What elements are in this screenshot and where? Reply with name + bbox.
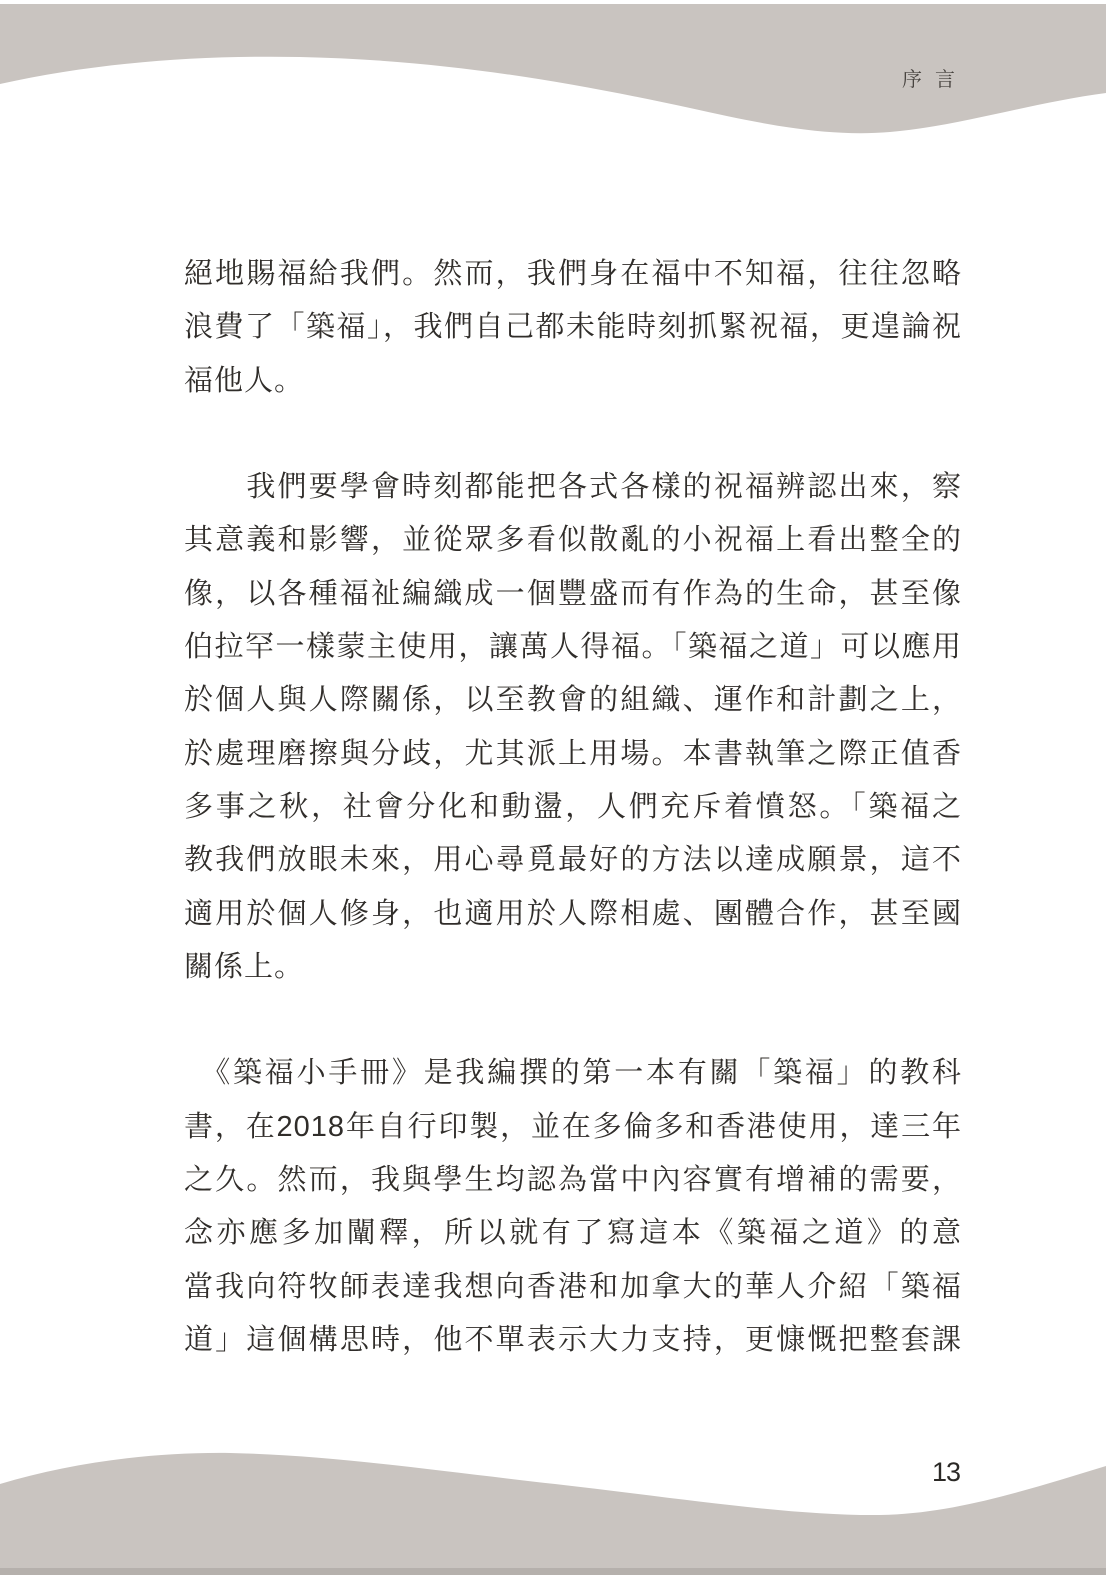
text-line: 關係上。 bbox=[184, 941, 962, 994]
text-line: 於處理磨擦與分歧，尤其派上用場。本書執筆之際正值香港 bbox=[184, 728, 962, 781]
text-line: 之久。然而，我與學生均認為當中內容實有增補的需要，觀 bbox=[184, 1154, 962, 1207]
bottom-edge-strip bbox=[0, 1568, 1106, 1575]
text-line: 多事之秋，社會分化和動盪，人們充斥着憤怒。「築福之道」 bbox=[184, 781, 962, 834]
paragraph: 《築福小手冊》是我編撰的第一本有關「築福」的教科書，在2018年自行印製，並在多… bbox=[184, 1047, 962, 1367]
text-line: 教我們放眼未來，用心尋覓最好的方法以達成願景，這不但 bbox=[184, 834, 962, 887]
text-line: 像，以各種福祉編織成一個豐盛而有作為的生命，甚至像亞 bbox=[184, 568, 962, 621]
text-line: 書，在2018年自行印製，並在多倫多和香港使用，達三年 bbox=[184, 1101, 962, 1154]
text-line: 道」這個構思時，他不單表示大力支持，更慷慨把整套課程 bbox=[184, 1314, 962, 1367]
text-line: 於個人與人際關係，以至教會的組織、運作和計劃之上，對 bbox=[184, 674, 962, 727]
text-line: 《築福小手冊》是我編撰的第一本有關「築福」的教科 bbox=[184, 1047, 962, 1100]
page-number: 13 bbox=[932, 1459, 960, 1486]
text-line: 念亦應多加闡釋，所以就有了寫這本《築福之道》的意念。 bbox=[184, 1207, 962, 1260]
body-text: 絕地賜福給我們。然而，我們身在福中不知福，往往忽略或浪費了「築福」，我們自己都未… bbox=[184, 248, 962, 1367]
text-line: 伯拉罕一樣蒙主使用，讓萬人得福。「築福之道」可以應用 bbox=[184, 621, 962, 674]
chapter-header: 序言 bbox=[902, 70, 968, 90]
text-line: 絕地賜福給我們。然而，我們身在福中不知福，往往忽略或 bbox=[184, 248, 962, 301]
text-line: 其意義和影響，並從眾多看似散亂的小祝福上看出整全的圖 bbox=[184, 514, 962, 567]
text-line: 適用於個人修身，也適用於人際相處、團體合作，甚至國際 bbox=[184, 888, 962, 941]
book-page: 序言 絕地賜福給我們。然而，我們身在福中不知福，往往忽略或浪費了「築福」，我們自… bbox=[0, 0, 1106, 1575]
text-line: 福他人。 bbox=[184, 355, 962, 408]
text-line: 浪費了「築福」，我們自己都未能時刻抓緊祝福，更遑論祝 bbox=[184, 301, 962, 354]
text-line: 我們要學會時刻都能把各式各樣的祝福辨認出來，察覺 bbox=[184, 461, 962, 514]
paragraph: 絕地賜福給我們。然而，我們身在福中不知福，往往忽略或浪費了「築福」，我們自己都未… bbox=[184, 248, 962, 408]
text-line: 當我向符牧師表達我想向香港和加拿大的華人介紹「築福之 bbox=[184, 1261, 962, 1314]
paragraph: 我們要學會時刻都能把各式各樣的祝福辨認出來，察覺其意義和影響，並從眾多看似散亂的… bbox=[184, 461, 962, 994]
